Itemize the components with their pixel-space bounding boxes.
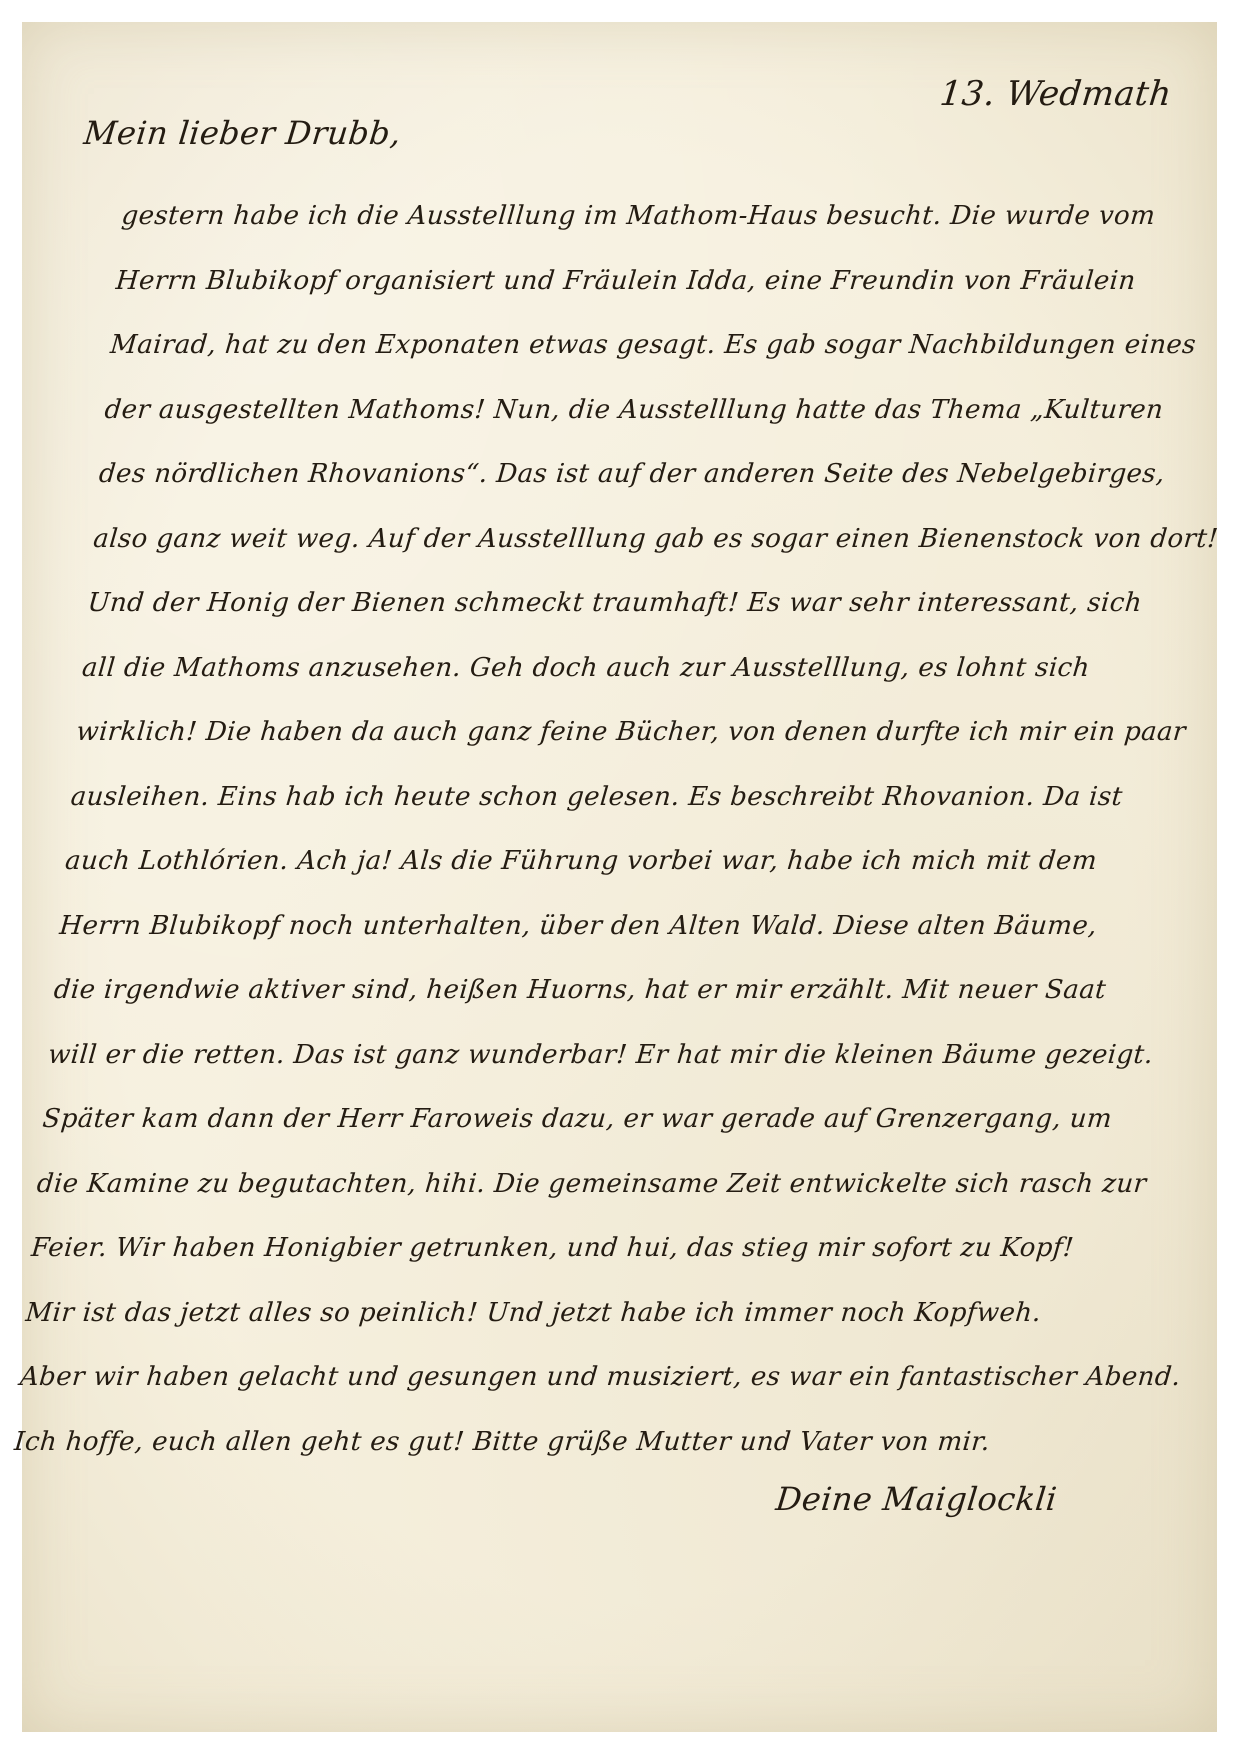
body-line: des nördlichen Rhovanions“. Das ist auf … xyxy=(96,442,1207,507)
body-line: Und der Honig der Bienen schmeckt traumh… xyxy=(85,571,1196,636)
letter-salutation: Mein lieber Drubb, xyxy=(82,114,403,152)
body-line: Später kam dann der Herr Faroweis dazu, … xyxy=(40,1087,1151,1152)
body-line: also ganz weit weg. Auf der Ausstelllung… xyxy=(91,507,1202,572)
letter-body: gestern habe ich die Ausstelllung im Mat… xyxy=(12,184,1230,1474)
body-line: all die Mathoms anzusehen. Geh doch auch… xyxy=(79,636,1190,701)
body-line: die irgendwie aktiver sind, heißen Huorn… xyxy=(51,958,1162,1023)
body-line: auch Lothlórien. Ach ja! Als die Führung… xyxy=(62,829,1173,894)
letter-signature: Deine Maiglockli xyxy=(774,1480,1059,1518)
letter-date: 13. Wedmath xyxy=(937,74,1173,114)
body-line: Mir ist das jetzt alles so peinlich! Und… xyxy=(23,1281,1134,1346)
body-line: Herrn Blubikopf organisiert und Fräulein… xyxy=(113,249,1224,314)
body-line: der ausgestellten Mathoms! Nun, die Auss… xyxy=(102,378,1213,443)
body-line: gestern habe ich die Ausstelllung im Mat… xyxy=(119,184,1230,249)
body-line: Mairad, hat zu den Exponaten etwas gesag… xyxy=(108,313,1219,378)
scanned-letter: 13. Wedmath Mein lieber Drubb, gestern h… xyxy=(0,0,1239,1754)
body-line: Herrn Blubikopf noch unterhalten, über d… xyxy=(57,894,1168,959)
letter-paper: 13. Wedmath Mein lieber Drubb, gestern h… xyxy=(22,22,1217,1732)
body-line: wirklich! Die haben da auch ganz feine B… xyxy=(74,700,1185,765)
body-line: Aber wir haben gelacht und gesungen und … xyxy=(17,1345,1128,1410)
body-line: die Kamine zu begutachten, hihi. Die gem… xyxy=(34,1152,1145,1217)
body-line: Ich hoffe, euch allen geht es gut! Bitte… xyxy=(12,1410,1123,1475)
body-line: will er die retten. Das ist ganz wunderb… xyxy=(45,1023,1156,1088)
body-line: ausleihen. Eins hab ich heute schon gele… xyxy=(68,765,1179,830)
body-line: Feier. Wir haben Honigbier getrunken, un… xyxy=(28,1216,1139,1281)
